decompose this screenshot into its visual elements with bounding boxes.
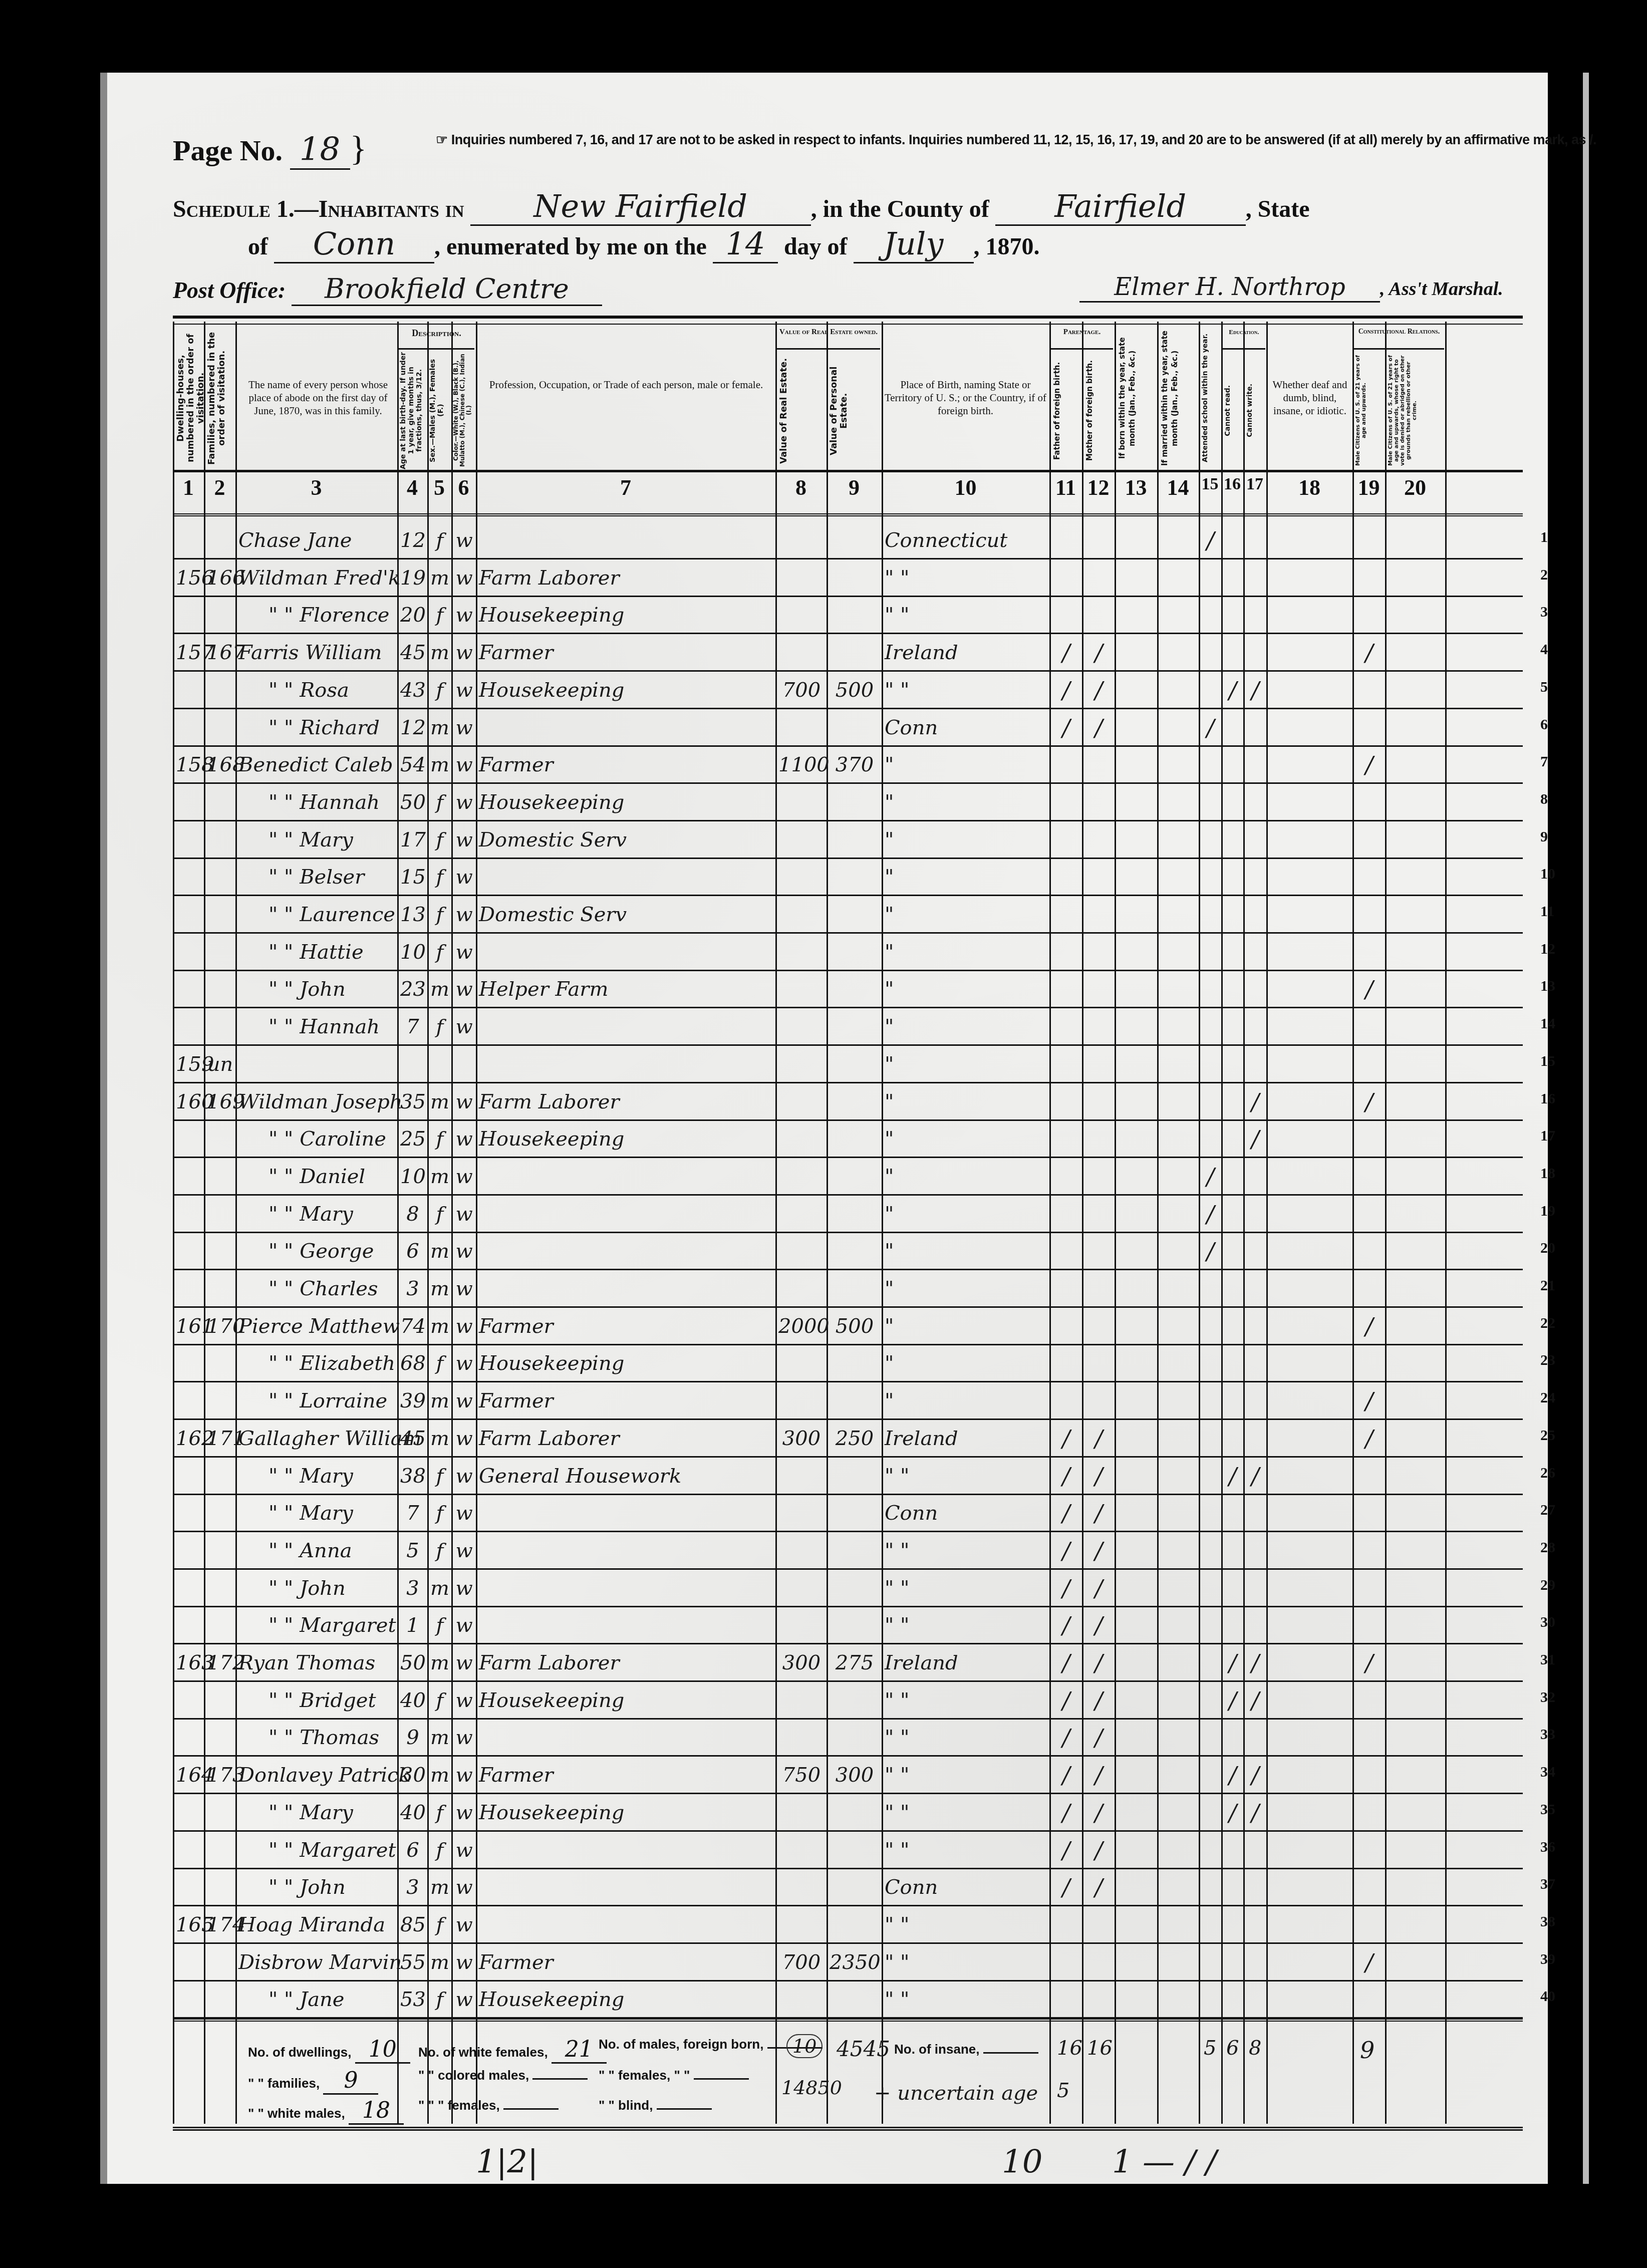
cannot-read-mark bbox=[1224, 1049, 1241, 1079]
married-in-year bbox=[1160, 1797, 1197, 1827]
age: 45 bbox=[400, 637, 425, 667]
disability bbox=[1269, 1311, 1350, 1341]
header-married-in-year: If married within the year, state month … bbox=[1160, 328, 1198, 468]
sex: m bbox=[430, 562, 449, 593]
person-name: " " John bbox=[238, 1872, 425, 1902]
dwelling-number bbox=[176, 1236, 202, 1266]
father-foreign-mark bbox=[1052, 1909, 1080, 1939]
disability bbox=[1269, 824, 1350, 855]
occupation bbox=[479, 1573, 773, 1603]
line-number: 12 bbox=[1540, 941, 1555, 958]
personal-estate-value bbox=[830, 1872, 880, 1902]
married-in-year bbox=[1160, 525, 1197, 555]
age: 3 bbox=[400, 1273, 425, 1303]
schedule-line: Schedule 1.—Inhabitants in New Fairfield… bbox=[173, 188, 1310, 226]
vote-denied-mark bbox=[1388, 1498, 1443, 1528]
cannot-read-mark bbox=[1224, 1311, 1241, 1341]
mother-foreign-mark: / bbox=[1085, 1685, 1113, 1715]
sex: f bbox=[430, 824, 449, 855]
personal-estate-value bbox=[830, 1909, 880, 1939]
birthplace: " bbox=[885, 1348, 1047, 1378]
mother-foreign-mark bbox=[1085, 1123, 1113, 1154]
personal-estate-value bbox=[830, 525, 880, 555]
school-mark bbox=[1202, 562, 1219, 593]
cannot-read-mark bbox=[1224, 1123, 1241, 1154]
header-school: Attended school within the year. bbox=[1200, 328, 1220, 468]
occupation: Farm Laborer bbox=[479, 1423, 773, 1453]
post-office-field: Brookfield Centre bbox=[292, 273, 602, 306]
personal-estate-value bbox=[830, 712, 880, 742]
table-row: " " Charles3mw"21 bbox=[173, 1269, 1523, 1308]
age: 3 bbox=[400, 1573, 425, 1603]
family-number: 166 bbox=[207, 562, 233, 593]
age: 50 bbox=[400, 787, 425, 817]
dwelling-number: 165 bbox=[176, 1909, 202, 1939]
occupation: Farm Laborer bbox=[479, 1647, 773, 1677]
age: 23 bbox=[400, 974, 425, 1004]
school-mark: / bbox=[1202, 712, 1219, 742]
color: w bbox=[454, 1461, 474, 1491]
real-estate-value bbox=[778, 1273, 825, 1303]
mother-foreign-mark bbox=[1085, 749, 1113, 779]
married-in-year bbox=[1160, 1236, 1197, 1266]
vote-denied-mark bbox=[1388, 1722, 1443, 1752]
cannot-write-mark bbox=[1246, 1199, 1264, 1229]
male-citizen-mark bbox=[1355, 600, 1383, 630]
father-foreign-mark bbox=[1052, 974, 1080, 1004]
person-name bbox=[238, 1049, 395, 1079]
summary-dwellings-value: 10 bbox=[355, 2037, 410, 2064]
vote-denied-mark bbox=[1388, 1647, 1443, 1677]
line-number: 20 bbox=[1540, 1240, 1555, 1257]
real-estate-value bbox=[778, 637, 825, 667]
cannot-read-mark bbox=[1224, 1722, 1241, 1752]
mother-foreign-mark: / bbox=[1085, 637, 1113, 667]
line-number: 16 bbox=[1540, 1090, 1555, 1107]
sex: f bbox=[430, 1498, 449, 1528]
mother-foreign-mark: / bbox=[1085, 675, 1113, 705]
age: 6 bbox=[400, 1236, 425, 1266]
summary-families: " " families, 9 bbox=[248, 2068, 378, 2095]
father-foreign-mark bbox=[1052, 1086, 1080, 1116]
disability bbox=[1269, 1385, 1350, 1415]
table-row: 158168Benedict Caleb54mwFarmer1100370"/7 bbox=[173, 745, 1523, 784]
dwelling-number bbox=[176, 600, 202, 630]
cannot-read-mark: / bbox=[1224, 1461, 1241, 1491]
occupation: Farmer bbox=[479, 1947, 773, 1977]
color: w bbox=[454, 562, 474, 593]
married-in-year bbox=[1160, 1086, 1197, 1116]
cannot-write-mark bbox=[1246, 1311, 1264, 1341]
cannot-read-mark bbox=[1224, 1909, 1241, 1939]
occupation bbox=[479, 1835, 773, 1865]
age: 20 bbox=[400, 600, 425, 630]
real-estate-value bbox=[778, 1461, 825, 1491]
table-row: 156166Wildman Fred'k19mwFarm Laborer" "2 bbox=[173, 558, 1523, 597]
real-estate-value bbox=[778, 1498, 825, 1528]
occupation: Housekeeping bbox=[479, 675, 773, 705]
father-foreign-mark: / bbox=[1052, 1535, 1080, 1565]
age: 6 bbox=[400, 1835, 425, 1865]
occupation bbox=[479, 1199, 773, 1229]
color: w bbox=[454, 712, 474, 742]
person-name: " " Mary bbox=[238, 1797, 425, 1827]
line-number: 18 bbox=[1540, 1165, 1555, 1182]
header-father-foreign: Father of foreign birth. bbox=[1052, 353, 1081, 468]
age: 25 bbox=[400, 1123, 425, 1154]
cannot-write-mark bbox=[1246, 1011, 1264, 1041]
family-number: 174 bbox=[207, 1909, 233, 1939]
dwelling-number bbox=[176, 1835, 202, 1865]
vote-denied-mark bbox=[1388, 787, 1443, 817]
cannot-write-mark bbox=[1246, 1273, 1264, 1303]
line-number: 25 bbox=[1540, 1427, 1555, 1444]
color: w bbox=[454, 862, 474, 892]
vote-denied-mark bbox=[1388, 1273, 1443, 1303]
age: 45 bbox=[400, 1423, 425, 1453]
father-foreign-mark bbox=[1052, 1385, 1080, 1415]
cannot-write-mark bbox=[1246, 1498, 1264, 1528]
father-foreign-mark bbox=[1052, 1984, 1080, 2014]
personal-estate-value bbox=[830, 1385, 880, 1415]
header-mother-foreign: Mother of foreign birth. bbox=[1084, 353, 1114, 468]
disability bbox=[1269, 1610, 1350, 1640]
born-in-year bbox=[1118, 1909, 1155, 1939]
vote-denied-mark bbox=[1388, 1423, 1443, 1453]
line-number: 8 bbox=[1540, 791, 1548, 808]
real-estate-value: 2000 bbox=[778, 1311, 825, 1341]
color: w bbox=[454, 1498, 474, 1528]
vote-denied-mark bbox=[1388, 1348, 1443, 1378]
born-in-year bbox=[1118, 1835, 1155, 1865]
family-number: 170 bbox=[207, 1311, 233, 1341]
age: 9 bbox=[400, 1722, 425, 1752]
father-foreign-mark: / bbox=[1052, 712, 1080, 742]
color: w bbox=[454, 600, 474, 630]
color: w bbox=[454, 899, 474, 929]
real-estate-value bbox=[778, 1123, 825, 1154]
disability bbox=[1269, 1498, 1350, 1528]
male-citizen-mark bbox=[1355, 1011, 1383, 1041]
sex: f bbox=[430, 1011, 449, 1041]
school-mark bbox=[1202, 1909, 1219, 1939]
family-number bbox=[207, 525, 233, 555]
married-in-year bbox=[1160, 1049, 1197, 1079]
born-in-year bbox=[1118, 1610, 1155, 1640]
page-number-label: Page No. bbox=[173, 134, 283, 167]
cannot-write-mark bbox=[1246, 712, 1264, 742]
school-mark: / bbox=[1202, 1199, 1219, 1229]
real-estate-value bbox=[778, 1984, 825, 2014]
column-number: 19 bbox=[1352, 475, 1385, 500]
dwelling-number bbox=[176, 675, 202, 705]
person-name: Wildman Fred'k bbox=[238, 562, 395, 593]
sex: f bbox=[430, 1797, 449, 1827]
birthplace: " " bbox=[885, 1797, 1047, 1827]
line-number: 17 bbox=[1540, 1127, 1555, 1145]
header-cannot-read: Cannot read. bbox=[1223, 353, 1243, 468]
dwelling-number bbox=[176, 974, 202, 1004]
enumeration-line: of Conn, enumerated by me on the 14 day … bbox=[248, 225, 1040, 263]
age: 74 bbox=[400, 1311, 425, 1341]
cannot-write-mark bbox=[1246, 937, 1264, 967]
person-name: Hoag Miranda bbox=[238, 1909, 395, 1939]
birthplace: " bbox=[885, 1236, 1047, 1266]
line-number: 28 bbox=[1540, 1539, 1555, 1556]
sex: f bbox=[430, 1348, 449, 1378]
summary-insane: No. of insane, bbox=[894, 2042, 1038, 2057]
disability bbox=[1269, 1872, 1350, 1902]
header-male-citizens: Male Citizens of U. S. of 21 years of ag… bbox=[1355, 353, 1384, 468]
header-born-in-year: If born within the year, state month (Ja… bbox=[1117, 328, 1156, 468]
vote-denied-mark bbox=[1388, 600, 1443, 630]
vote-denied-mark bbox=[1388, 1760, 1443, 1790]
schedule-label: Schedule 1.—Inhabitants in bbox=[173, 196, 464, 222]
person-name: " " Laurence bbox=[238, 899, 425, 929]
vote-denied-mark bbox=[1388, 1610, 1443, 1640]
school-mark bbox=[1202, 1835, 1219, 1865]
cannot-write-mark bbox=[1246, 749, 1264, 779]
line-number: 29 bbox=[1540, 1577, 1555, 1594]
disability bbox=[1269, 1760, 1350, 1790]
cannot-read-mark bbox=[1224, 1835, 1241, 1865]
personal-estate-value: 2350 bbox=[830, 1947, 880, 1977]
cannot-read-mark bbox=[1224, 525, 1241, 555]
real-estate-value bbox=[778, 1385, 825, 1415]
color: w bbox=[454, 1647, 474, 1677]
mother-foreign-mark bbox=[1085, 1049, 1113, 1079]
real-estate-value bbox=[778, 600, 825, 630]
age: 12 bbox=[400, 712, 425, 742]
birthplace: " bbox=[885, 862, 1047, 892]
table-row: " " Mary17fwDomestic Serv"9 bbox=[173, 820, 1523, 859]
person-name: " " Mary bbox=[238, 1199, 425, 1229]
real-estate-value: 750 bbox=[778, 1760, 825, 1790]
sex: f bbox=[430, 1123, 449, 1154]
vote-denied-mark bbox=[1388, 525, 1443, 555]
dwelling-number bbox=[176, 1385, 202, 1415]
mother-foreign-mark bbox=[1085, 937, 1113, 967]
born-in-year bbox=[1118, 1123, 1155, 1154]
male-citizen-mark bbox=[1355, 1835, 1383, 1865]
school-mark bbox=[1202, 1647, 1219, 1677]
table-row: " " Thomas9mw" "//33 bbox=[173, 1718, 1523, 1757]
page-number-line: Page No. 18} bbox=[173, 129, 367, 170]
vote-denied-mark bbox=[1388, 562, 1443, 593]
real-estate-value bbox=[778, 562, 825, 593]
age: 40 bbox=[400, 1797, 425, 1827]
mother-foreign-mark: / bbox=[1085, 1423, 1113, 1453]
person-name: Farris William bbox=[238, 637, 395, 667]
column-number: 13 bbox=[1115, 475, 1157, 500]
line-number: 26 bbox=[1540, 1465, 1555, 1482]
table-row: " " Laurence13fwDomestic Serv"11 bbox=[173, 895, 1523, 934]
real-estate-value bbox=[778, 937, 825, 967]
family-number bbox=[207, 1685, 233, 1715]
real-estate-value bbox=[778, 1236, 825, 1266]
disability bbox=[1269, 1273, 1350, 1303]
person-name: Gallagher William bbox=[238, 1423, 395, 1453]
table-row: " " John3mwConn//37 bbox=[173, 1868, 1523, 1906]
vote-denied-mark bbox=[1388, 899, 1443, 929]
male-citizen-mark: / bbox=[1355, 1086, 1383, 1116]
dwelling-number bbox=[176, 1947, 202, 1977]
mother-foreign-mark bbox=[1085, 1385, 1113, 1415]
cannot-read-mark bbox=[1224, 1535, 1241, 1565]
cannot-write-mark bbox=[1246, 1236, 1264, 1266]
family-number bbox=[207, 1348, 233, 1378]
born-in-year bbox=[1118, 1161, 1155, 1191]
father-foreign-mark: / bbox=[1052, 1573, 1080, 1603]
cannot-write-mark bbox=[1246, 1161, 1264, 1191]
sex: f bbox=[430, 1835, 449, 1865]
married-in-year bbox=[1160, 1760, 1197, 1790]
summary-foreign-females: " " females, " " bbox=[599, 2068, 749, 2083]
person-name: " " Charles bbox=[238, 1273, 425, 1303]
mother-foreign-mark bbox=[1085, 1161, 1113, 1191]
real-estate-value bbox=[778, 1835, 825, 1865]
bottom-mark-middle: 10 bbox=[1002, 2144, 1042, 2181]
father-foreign-mark bbox=[1052, 1049, 1080, 1079]
married-in-year bbox=[1160, 1909, 1197, 1939]
family-number: 167 bbox=[207, 637, 233, 667]
married-in-year bbox=[1160, 1722, 1197, 1752]
father-foreign-mark bbox=[1052, 525, 1080, 555]
disability bbox=[1269, 637, 1350, 667]
cannot-read-mark bbox=[1224, 749, 1241, 779]
dwelling-number bbox=[176, 899, 202, 929]
occupation bbox=[479, 1049, 773, 1079]
total-real-circled: 10 bbox=[786, 2034, 822, 2058]
real-estate-value: 300 bbox=[778, 1647, 825, 1677]
sex: m bbox=[430, 1423, 449, 1453]
mother-foreign-mark: / bbox=[1085, 1535, 1113, 1565]
male-citizen-mark: / bbox=[1355, 1385, 1383, 1415]
father-foreign-mark bbox=[1052, 562, 1080, 593]
summary-families-value: 9 bbox=[323, 2068, 378, 2095]
birthplace: " bbox=[885, 787, 1047, 817]
vote-denied-mark bbox=[1388, 1011, 1443, 1041]
census-table: Dwelling-houses, numbered in the order o… bbox=[173, 316, 1523, 2124]
cannot-write-mark bbox=[1246, 562, 1264, 593]
age bbox=[400, 1049, 425, 1079]
occupation bbox=[479, 1273, 773, 1303]
table-row: " " Florence20fwHousekeeping" "3 bbox=[173, 596, 1523, 634]
family-number bbox=[207, 1199, 233, 1229]
dwelling-number: 160 bbox=[176, 1086, 202, 1116]
personal-estate-value: 500 bbox=[830, 675, 880, 705]
birthplace: " bbox=[885, 749, 1047, 779]
color: w bbox=[454, 1835, 474, 1865]
married-in-year bbox=[1160, 749, 1197, 779]
dwelling-number bbox=[176, 1610, 202, 1640]
table-row: " " John23mwHelper Farm"/13 bbox=[173, 970, 1523, 1008]
born-in-year bbox=[1118, 712, 1155, 742]
school-mark bbox=[1202, 1461, 1219, 1491]
table-row: " " Hattie10fw"12 bbox=[173, 933, 1523, 971]
vote-denied-mark bbox=[1388, 1797, 1443, 1827]
real-estate-value bbox=[778, 1049, 825, 1079]
column-number: 1 bbox=[173, 475, 204, 500]
school-mark bbox=[1202, 787, 1219, 817]
birthplace: " bbox=[885, 1273, 1047, 1303]
dwelling-number bbox=[176, 787, 202, 817]
sex: m bbox=[430, 1947, 449, 1977]
birthplace: " " bbox=[885, 1610, 1047, 1640]
male-citizen-mark bbox=[1355, 1199, 1383, 1229]
born-in-year bbox=[1118, 862, 1155, 892]
real-estate-value bbox=[778, 1610, 825, 1640]
summary-footer: No. of dwellings, 10 " " families, 9 " "… bbox=[173, 2019, 1523, 2131]
born-in-year bbox=[1118, 637, 1155, 667]
father-foreign-mark bbox=[1052, 1348, 1080, 1378]
cannot-write-mark bbox=[1246, 1984, 1264, 2014]
birthplace: Connecticut bbox=[885, 525, 1047, 555]
born-in-year bbox=[1118, 1311, 1155, 1341]
occupation bbox=[479, 937, 773, 967]
total-school: 5 bbox=[1204, 2037, 1216, 2060]
real-estate-value: 700 bbox=[778, 1947, 825, 1977]
person-name: " " Mary bbox=[238, 1498, 425, 1528]
cannot-read-mark bbox=[1224, 974, 1241, 1004]
dwelling-number bbox=[176, 1123, 202, 1154]
married-in-year bbox=[1160, 1498, 1197, 1528]
age: 85 bbox=[400, 1909, 425, 1939]
family-number bbox=[207, 1722, 233, 1752]
line-number: 38 bbox=[1540, 1913, 1555, 1930]
father-foreign-mark bbox=[1052, 787, 1080, 817]
father-foreign-mark: / bbox=[1052, 1685, 1080, 1715]
cannot-read-mark bbox=[1224, 1610, 1241, 1640]
family-number bbox=[207, 675, 233, 705]
disability bbox=[1269, 862, 1350, 892]
school-mark bbox=[1202, 675, 1219, 705]
married-in-year bbox=[1160, 787, 1197, 817]
male-citizen-mark: / bbox=[1355, 749, 1383, 779]
sex: m bbox=[430, 1086, 449, 1116]
cannot-write-mark bbox=[1246, 1535, 1264, 1565]
sex bbox=[430, 1049, 449, 1079]
occupation bbox=[479, 1610, 773, 1640]
married-in-year bbox=[1160, 712, 1197, 742]
school-mark bbox=[1202, 1311, 1219, 1341]
personal-estate-value bbox=[830, 787, 880, 817]
father-foreign-mark bbox=[1052, 749, 1080, 779]
sex: f bbox=[430, 1685, 449, 1715]
birthplace: Ireland bbox=[885, 1423, 1047, 1453]
occupation: Farmer bbox=[479, 1385, 773, 1415]
color: w bbox=[454, 1909, 474, 1939]
color: w bbox=[454, 1199, 474, 1229]
table-row: " " Mary8fw"/19 bbox=[173, 1195, 1523, 1233]
cannot-read-mark: / bbox=[1224, 1647, 1241, 1677]
table-row: " " George6mw"/20 bbox=[173, 1232, 1523, 1270]
father-foreign-mark bbox=[1052, 862, 1080, 892]
sex: m bbox=[430, 1311, 449, 1341]
vote-denied-mark bbox=[1388, 1947, 1443, 1977]
person-name: " " Anna bbox=[238, 1535, 425, 1565]
sex: m bbox=[430, 1385, 449, 1415]
occupation bbox=[479, 1722, 773, 1752]
color: w bbox=[454, 1086, 474, 1116]
family-number: un bbox=[207, 1049, 233, 1079]
table-row: " " John3mw" "//29 bbox=[173, 1569, 1523, 1607]
personal-estate-value bbox=[830, 862, 880, 892]
mother-foreign-mark: / bbox=[1085, 1797, 1113, 1827]
dwelling-number bbox=[176, 1797, 202, 1827]
vote-denied-mark bbox=[1388, 1535, 1443, 1565]
male-citizen-mark bbox=[1355, 1236, 1383, 1266]
